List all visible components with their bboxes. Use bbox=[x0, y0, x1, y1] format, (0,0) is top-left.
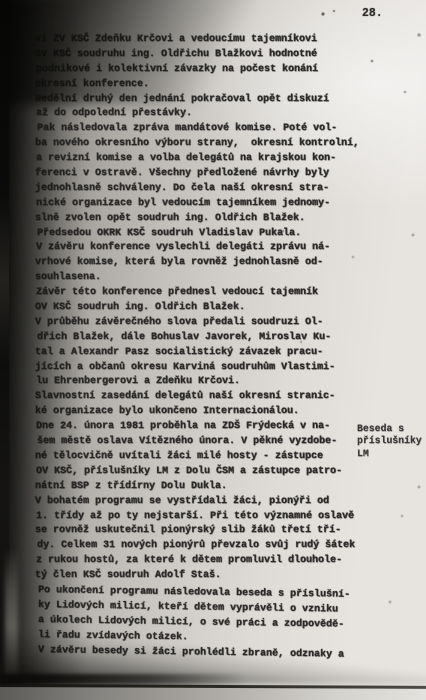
text-line: OV KSČ soudruh ing. Oldřich Blažek. bbox=[35, 301, 380, 316]
scan-shadow-top-left bbox=[0, 0, 340, 105]
text-line: se rovněž uskutečnil pionýrský slib žáků… bbox=[35, 524, 380, 539]
text-line: okresní konference. bbox=[35, 78, 380, 93]
text-line: ké organizace bylo ukončeno Internacioná… bbox=[35, 405, 380, 420]
text-line: Slavnostní zasedání delegátů naší okresn… bbox=[35, 390, 380, 405]
text-line: podnikové i kolektivní závazky na počest… bbox=[36, 63, 380, 78]
text-line: Dne 24. února 1981 proběhla na ZDŠ Frýde… bbox=[36, 420, 380, 435]
page-left-edge bbox=[0, 0, 9, 700]
text-line: nátní BSP z třídírny Dolu Dukla. bbox=[35, 480, 380, 495]
text-line: tal a Alexandr Pasz socialistický závaze… bbox=[35, 346, 380, 361]
margin-note-line: Beseda s bbox=[357, 423, 422, 435]
binding-gutter-shadow bbox=[0, 0, 86, 700]
text-line: Pak následovala zpráva mandátové komise.… bbox=[37, 122, 380, 137]
text-line: V průběhu závěrečného slova předali soud… bbox=[35, 316, 380, 331]
text-line: a úkolech Lidových milicí, o své práci a… bbox=[38, 614, 380, 634]
text-line: až do odpolední přestávky. bbox=[36, 107, 380, 122]
margin-note-line: příslušníky bbox=[357, 435, 422, 447]
text-line: souhlasena. bbox=[35, 271, 380, 286]
page-bottom-edge-shadow bbox=[0, 674, 247, 685]
page-bottom-edge-line bbox=[0, 684, 426, 689]
text-line: z rukou hostů, za které k dětem promluvi… bbox=[36, 554, 380, 569]
text-line: V závěru besedy si žáci prohlédli zbraně… bbox=[38, 644, 380, 664]
text-line: a revizní komise a volba delegátů na kra… bbox=[36, 152, 380, 167]
text-line: OV KSČ, příslušníky LM z Dolu ČSM a zást… bbox=[36, 465, 380, 480]
scanned-document-page: 28. vi ZV KSČ Zdeňku Krčovi a vedoucímu … bbox=[0, 0, 426, 700]
text-line: lu Ehrenbergerovi a Zdeňku Krčovi. bbox=[36, 375, 380, 390]
text-line: Závěr této konference přednesl vedoucí t… bbox=[36, 286, 380, 301]
next-page-edge bbox=[0, 686, 426, 700]
text-line: tý člen KSČ soudruh Adolf Staš. bbox=[35, 569, 380, 584]
text-line: Předsedou OKRK KSČ soudruh Vladislav Puk… bbox=[37, 227, 380, 242]
text-line: 1. třídy až po ty nejstarší. Při této vý… bbox=[36, 510, 380, 525]
text-line: jednohlasně schváleny. Do čela naší okre… bbox=[35, 182, 380, 197]
text-line: nické organizace byl vedoucím tajemníkem… bbox=[36, 197, 380, 212]
text-line: Po ukončení programu následovala beseda … bbox=[38, 584, 380, 604]
text-line: ky Lidových milicí, kteří dětem vyprávěl… bbox=[38, 599, 380, 619]
text-line: jících a občanů okresu Karviná soudruhům… bbox=[35, 361, 380, 376]
text-line: Nedělní druhý den jednání pokračoval opě… bbox=[35, 93, 380, 108]
scan-speckles bbox=[0, 0, 2, 2]
text-line: V bohatém programu se vystřídali žáci, p… bbox=[35, 495, 380, 510]
margin-note: Beseda spříslušníkyLM bbox=[357, 423, 422, 460]
margin-note-line: LM bbox=[357, 448, 422, 460]
document-body-text: vi ZV KSČ Zdeňku Krčovi a vedoucímu taje… bbox=[35, 33, 380, 658]
text-line: šem městě oslava Vítězného února. V pěkn… bbox=[37, 435, 380, 450]
text-line: vi ZV KSČ Zdeňku Krčovi a vedoucímu taje… bbox=[35, 33, 380, 48]
text-line: slně zvolen opět soudruh ing. Oldřich Bl… bbox=[35, 212, 380, 227]
text-line: V závěru konference vyslechli delegáti z… bbox=[36, 241, 380, 256]
text-line: né tělocvičně uvítali žáci milé hosty - … bbox=[35, 450, 380, 465]
page-number: 28. bbox=[362, 7, 383, 20]
text-line: vrhové komise, která byla rovněž jednohl… bbox=[35, 256, 380, 271]
text-line: ferenci v Ostravě. Všechny předložené ná… bbox=[35, 167, 380, 182]
text-line: dřich Blažek, dále Bohuslav Javorek, Mir… bbox=[37, 331, 380, 346]
text-line: li řadu zvídavých otázek. bbox=[38, 629, 380, 649]
text-line: dy. Celkem 31 nových pionýrů převzalo sv… bbox=[37, 539, 380, 554]
text-line: ba nového okresního výboru strany, okres… bbox=[35, 137, 380, 152]
scan-shadow-bottom bbox=[0, 632, 426, 684]
text-line: OV KSČ soudruhu ing. Oldřichu Blažkovi h… bbox=[35, 48, 380, 63]
left-edge-highlight bbox=[5, 548, 18, 678]
